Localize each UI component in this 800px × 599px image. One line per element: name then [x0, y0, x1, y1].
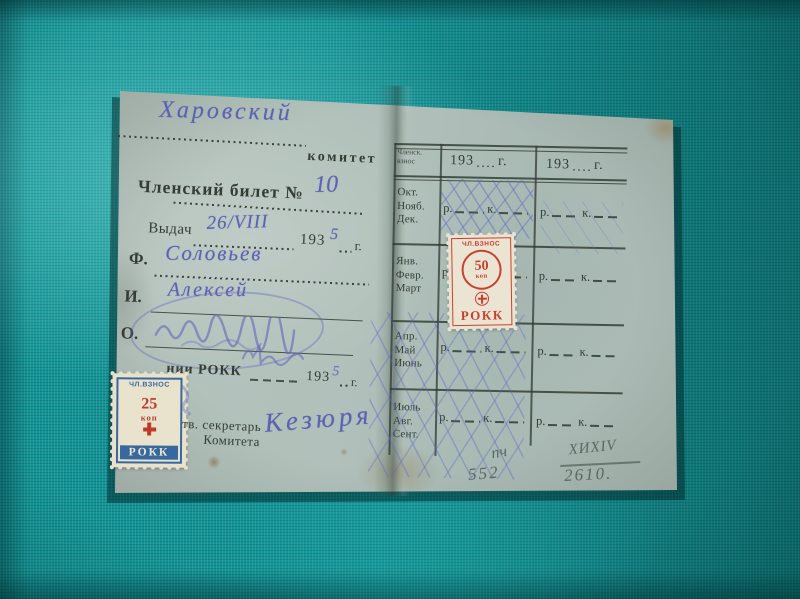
blue-hatch-mark	[540, 201, 623, 255]
member-year-printed: 193	[306, 369, 331, 386]
stamp25-unit: коп	[141, 413, 158, 422]
rub-label: р.	[539, 269, 549, 284]
ink-smudge-squiggle	[172, 382, 203, 417]
red-cross-icon	[143, 423, 156, 436]
red-cross-emblem-icon	[475, 292, 489, 306]
stamp50-org: РОКК	[461, 307, 504, 324]
issued-year-suffix: г.	[354, 238, 362, 254]
card-title: Членский билет №	[138, 176, 305, 204]
member-year-suffix: г.	[351, 375, 358, 390]
card-left-page: Харовский комитет Членский билет № 10 Вы…	[103, 91, 392, 504]
year-header-col1: 193 г.	[450, 153, 528, 170]
fee-header-line2: взнос	[397, 156, 422, 165]
fee-column-header: Членск. взнос	[397, 147, 422, 165]
year-col2-dots	[573, 169, 591, 171]
surname-label: Ф.	[129, 249, 149, 270]
fee-cell-r2c2: р.к.	[539, 269, 623, 286]
issued-date-handwritten: 26/VIII	[206, 211, 268, 235]
stamp50-header: ЧЛ.ВЗНОС	[462, 238, 500, 248]
month-label: Февр.	[396, 269, 440, 283]
fee-header-line1: Членск.	[397, 147, 422, 156]
month-label: Нояб.	[397, 200, 441, 214]
member-date-squiggle	[237, 338, 310, 369]
pencil-note-right-top: ХИХIV	[568, 437, 618, 459]
year-col2-suffix: г.	[594, 158, 604, 174]
months-q1: Янв. Февр. Март	[395, 255, 440, 296]
ticket-number-handwritten: 10	[314, 171, 339, 199]
year-header-col2: 193 г.	[546, 157, 622, 174]
kop-label: к.	[581, 270, 590, 285]
year-col2-printed: 193	[546, 157, 570, 173]
months-q4: Окт. Нояб. Дек.	[397, 186, 442, 227]
member-year-line	[340, 384, 348, 386]
pencil-note-left-top: пч	[490, 443, 508, 463]
ticket-number-line	[173, 202, 365, 215]
kop-label: к.	[578, 415, 587, 430]
year-col1-suffix: г.	[498, 154, 508, 170]
kop-label: к.	[579, 345, 588, 360]
fee-cell-r3c2: р.к.	[537, 344, 621, 361]
year-col1-dots	[477, 165, 495, 167]
month-label: Март	[395, 282, 439, 296]
fee-cell-r4c2: р.к.	[536, 414, 620, 431]
dues-stamp-50kop: ЧЛ.ВЗНОС 50 коп РОКК	[448, 234, 515, 329]
issued-year-line	[339, 250, 351, 252]
pencil-note-left-bottom: 552	[467, 462, 500, 485]
photo-of-membership-card: Харовский комитет Членский билет № 10 Вы…	[0, 0, 800, 599]
stamp25-org: РОКК	[120, 445, 178, 459]
issued-year-printed: 193	[300, 232, 326, 250]
issued-label: Выдач	[148, 220, 193, 239]
rub-label: р.	[536, 414, 546, 429]
pencil-note-right-bottom: 2610.	[564, 464, 613, 486]
firstname-label: И.	[124, 286, 142, 307]
secretary-label-line2: Комитета	[203, 432, 260, 450]
month-label: Янв.	[396, 255, 440, 269]
stamp50-circle: 50 коп	[461, 249, 502, 290]
issued-year-handwritten: 5	[330, 226, 339, 244]
stamp25-value: 25	[141, 396, 157, 412]
month-label: Окт.	[397, 186, 441, 200]
card-right-page: Членск. взнос 193 г. 193 г. Окт. Нояб. Д…	[388, 112, 635, 499]
member-line-dashes	[250, 379, 302, 383]
committee-printed-label: комитет	[307, 149, 377, 168]
stamp50-unit: коп	[476, 273, 488, 280]
committee-name-handwritten: Харовский	[159, 97, 293, 127]
member-year-handwritten: 5	[332, 364, 340, 380]
year-col1-printed: 193	[450, 153, 474, 169]
stamp25-header: ЧЛ.ВЗНОС	[118, 379, 180, 388]
stamp50-value: 50	[474, 259, 488, 273]
rub-label: р.	[537, 344, 547, 359]
surname-handwritten: Соловьев	[165, 241, 262, 267]
month-label: Дек.	[397, 213, 441, 227]
secretary-signature-handwritten: Кезюря	[263, 399, 373, 439]
committee-dotted-line	[118, 135, 306, 146]
blue-crosshatch-mark	[441, 179, 534, 239]
